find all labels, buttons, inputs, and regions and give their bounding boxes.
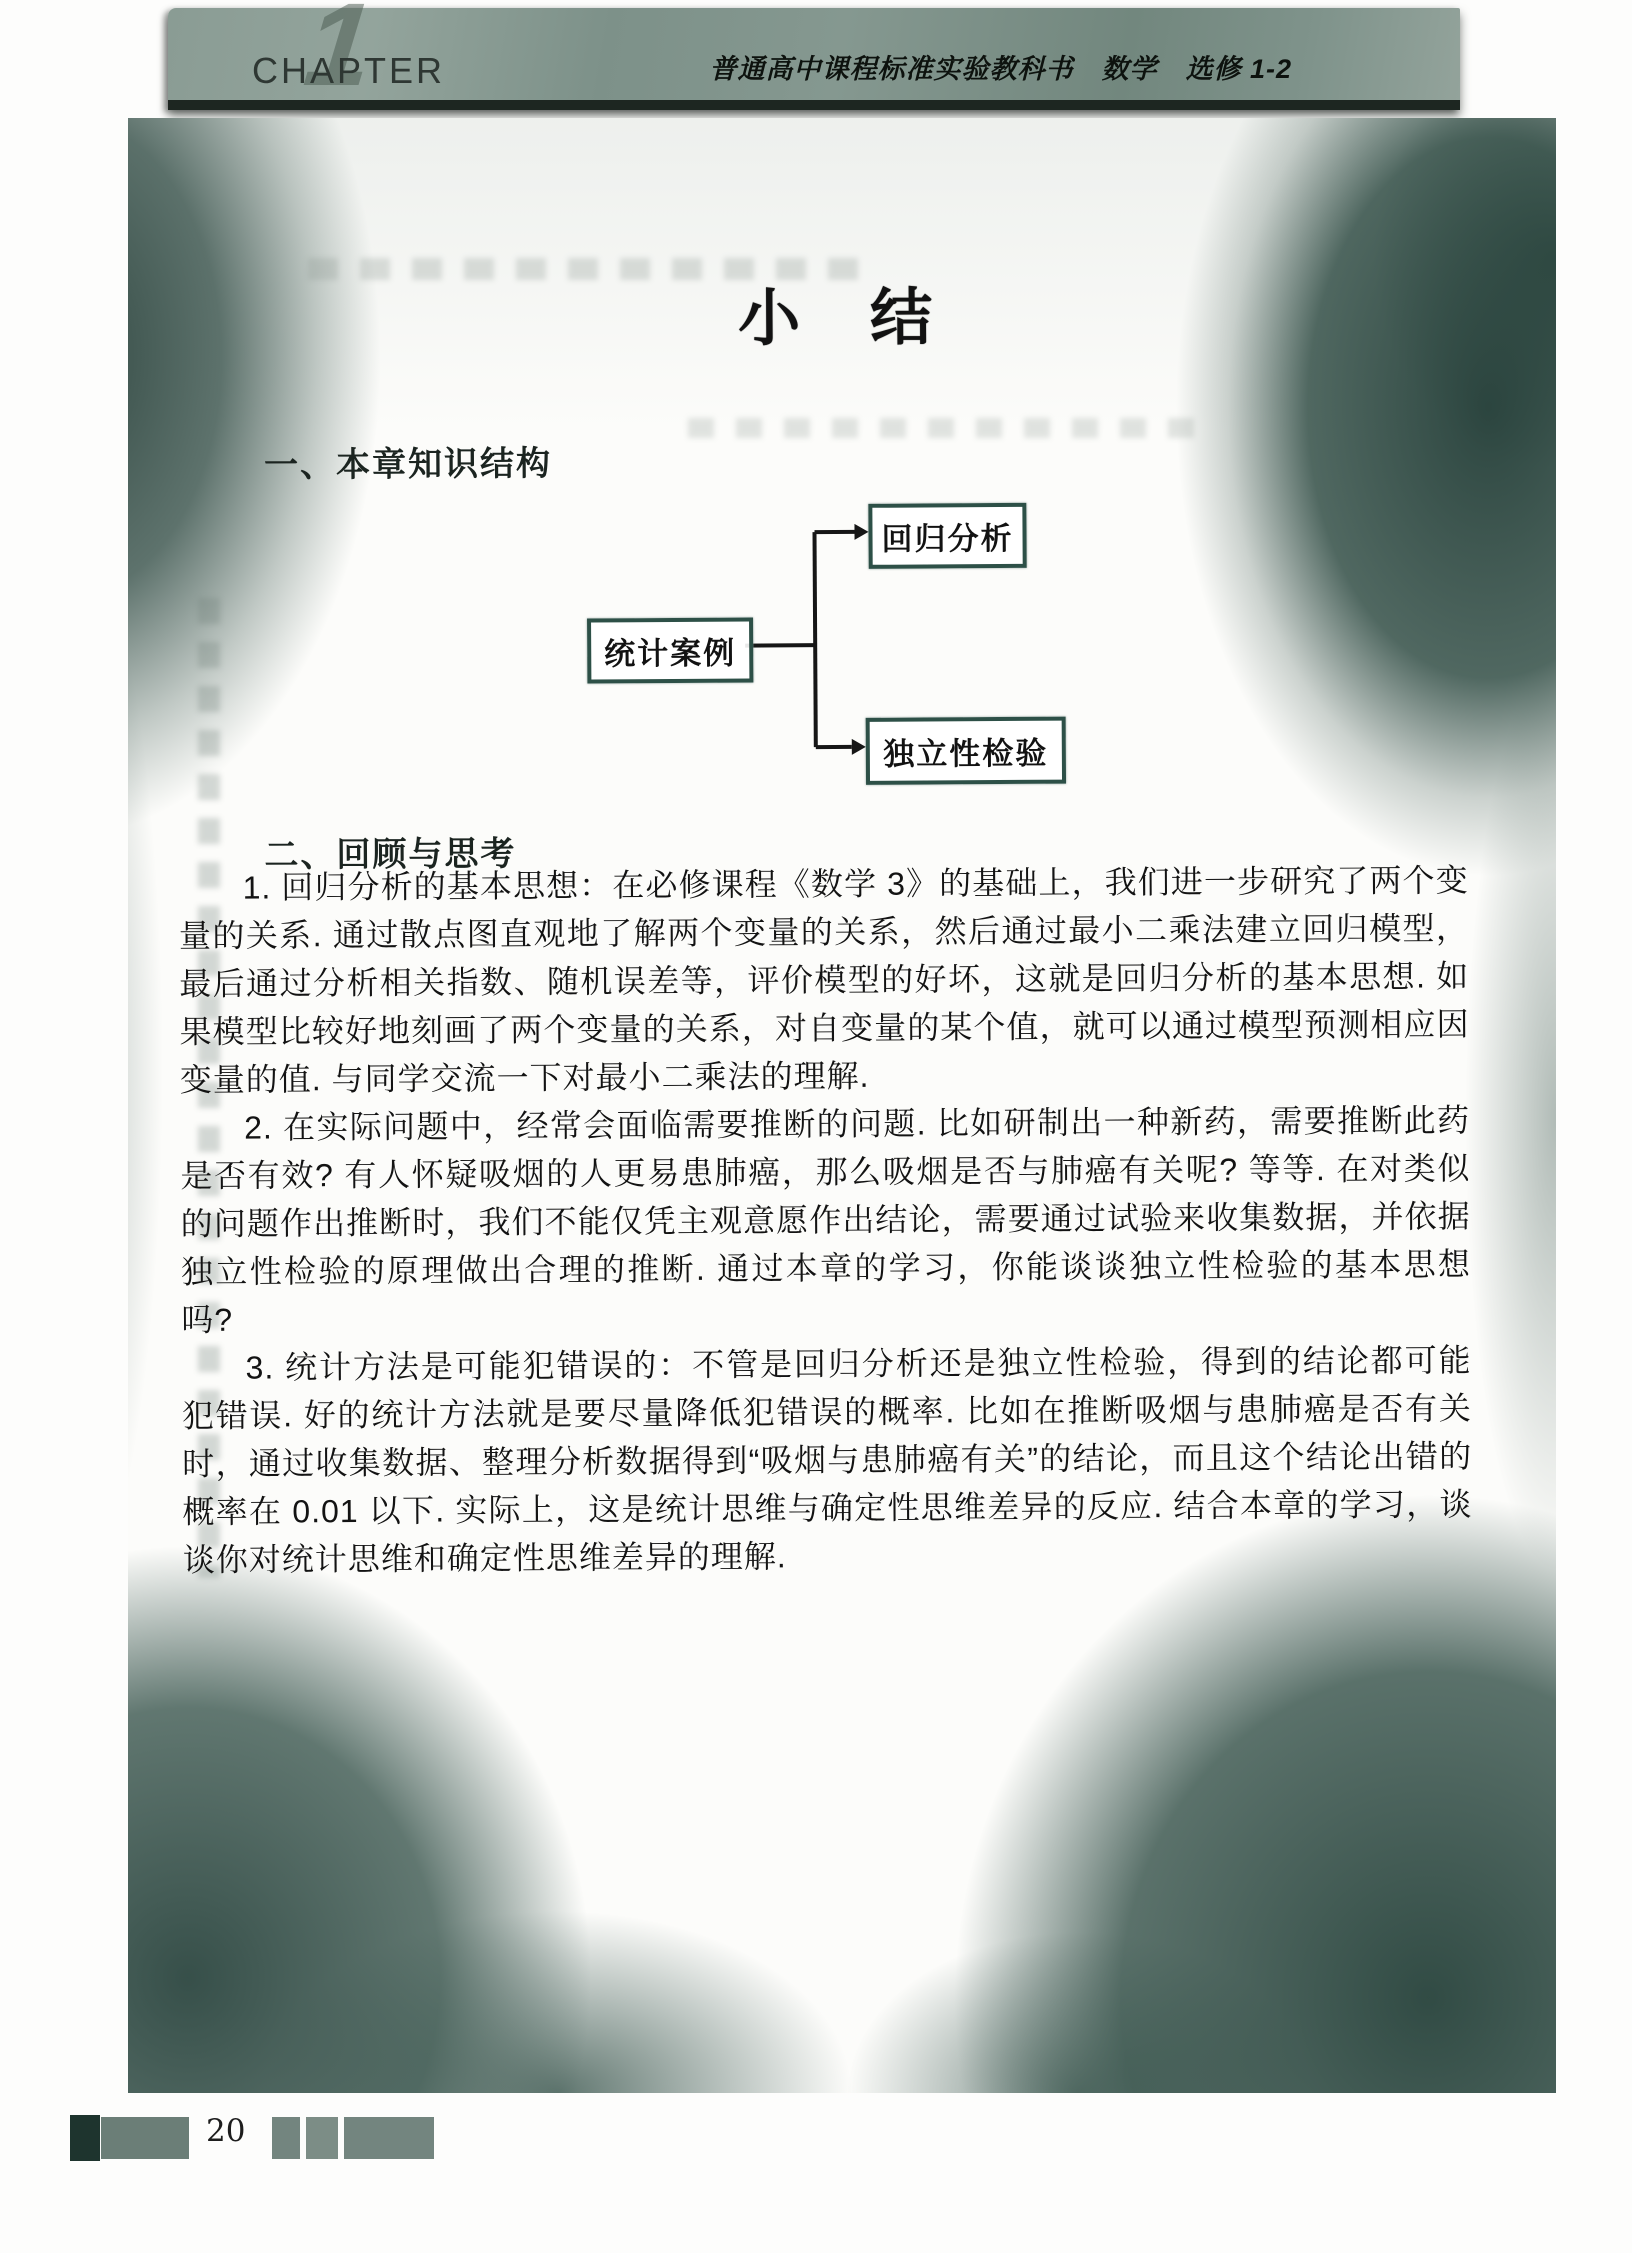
review-paragraph-1: 1. 回归分析的基本思想：在必修课程《数学 3》的基础上，我们进一步研究了两个变… [179, 856, 1470, 1104]
review-paragraph-2: 2. 在实际问题中，经常会面临需要推断的问题. 比如研制出一种新药，需要推断此药… [180, 1096, 1471, 1344]
footer-decoration-block [101, 2117, 189, 2159]
footer-decoration-block [272, 2117, 300, 2159]
review-text-block: 1. 回归分析的基本思想：在必修课程《数学 3》的基础上，我们进一步研究了两个变… [179, 856, 1473, 1584]
footer-decoration-block [70, 2115, 100, 2161]
diagram-box-independence-test: 独立性检验 [866, 717, 1066, 785]
knowledge-structure-diagram: 统计案例 回归分析 独立性检验 [571, 494, 1073, 792]
diagram-box-regression-analysis: 回归分析 [868, 503, 1026, 569]
chapter-label: CHAPTER [252, 50, 445, 92]
arrowhead-icon [852, 739, 866, 755]
section-heading-knowledge-structure: 一、本章知识结构 [264, 436, 552, 487]
page-footer: 20 [0, 2105, 1632, 2175]
page-scan: 小 结 一、本章知识结构 统计案例 回归分析 独立性检验 二、回顾与思考 1. [128, 118, 1556, 2093]
diagram-box-statistics-cases: 统计案例 [587, 618, 753, 684]
footer-decoration-block [306, 2117, 338, 2159]
review-paragraph-3: 3. 统计方法是可能犯错误的：不管是回归分析还是独立性检验，得到的结论都可能犯错… [181, 1336, 1472, 1584]
page-title: 小 结 [128, 264, 1551, 362]
arrowhead-icon [854, 524, 868, 540]
page-number: 20 [206, 2113, 245, 2149]
scanned-textbook-page: 1 CHAPTER 普通高中课程标准实验教科书 数学 选修 1-2 小 结 一、… [0, 0, 1632, 2253]
chapter-header-bar: 1 CHAPTER 普通高中课程标准实验教科书 数学 选修 1-2 [168, 8, 1460, 110]
page-content: 小 结 一、本章知识结构 统计案例 回归分析 独立性检验 二、回顾与思考 1. [128, 118, 1556, 2093]
book-title: 普通高中课程标准实验教科书 数学 选修 1-2 [709, 47, 1292, 86]
footer-decoration-block [344, 2117, 434, 2159]
